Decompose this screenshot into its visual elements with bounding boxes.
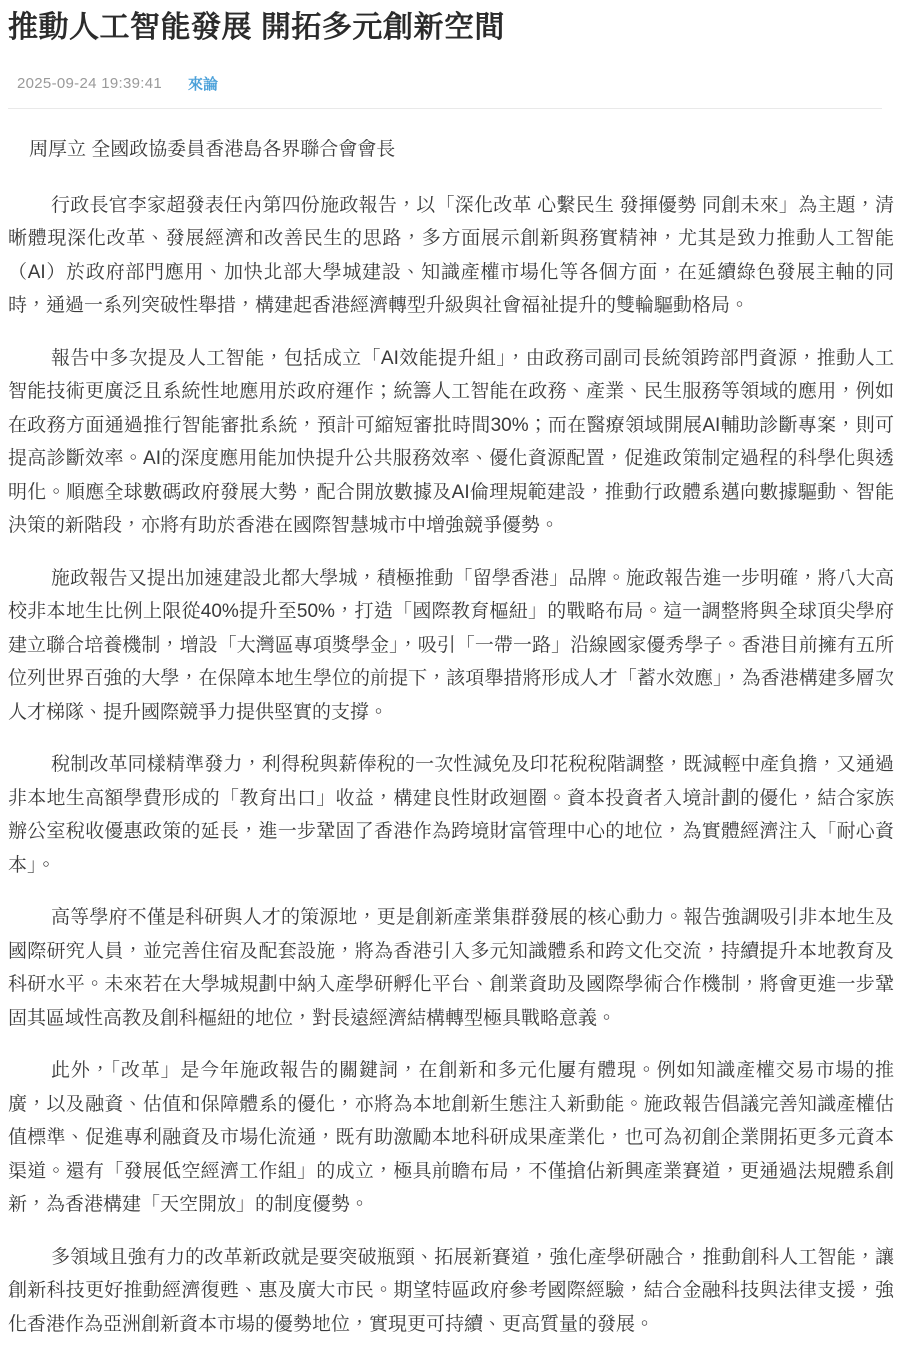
article-page: 推動人工智能發展 開拓多元創新空間 2025-09-24 19:39:41 來論… bbox=[0, 0, 902, 1371]
article-paragraph: 多領域且強有力的改革新政就是要突破瓶頸、拓展新賽道，強化產學研融合，推動創科人工… bbox=[8, 1241, 894, 1342]
article-paragraph: 此外，「改革」是今年施政報告的關鍵詞，在創新和多元化屢有體現。例如知識產權交易市… bbox=[8, 1054, 894, 1222]
article-paragraph: 施政報告又提出加速建設北都大學城，積極推動「留學香港」品牌。施政報告進一步明確，… bbox=[8, 562, 894, 730]
article-meta: 2025-09-24 19:39:41 來論 bbox=[8, 73, 894, 94]
publish-timestamp: 2025-09-24 19:39:41 bbox=[17, 75, 162, 92]
article-paragraph: 稅制改革同樣精準發力，利得稅與薪俸稅的一次性減免及印花稅稅階調整，既減輕中產負擔… bbox=[8, 748, 894, 882]
header-divider bbox=[8, 108, 882, 109]
article-paragraph: 報告中多次提及人工智能，包括成立「AI效能提升組」，由政務司副司長統領跨部門資源… bbox=[8, 342, 894, 543]
author-line: 周厚立 全國政協委員香港島各界聯合會會長 bbox=[8, 133, 894, 167]
article-paragraph: 高等學府不僅是科研與人才的策源地，更是創新產業集群發展的核心動力。報告強調吸引非… bbox=[8, 901, 894, 1035]
page-title: 推動人工智能發展 開拓多元創新空間 bbox=[8, 8, 894, 48]
article-body: 周厚立 全國政協委員香港島各界聯合會會長 行政長官李家超發表任內第四份施政報告，… bbox=[8, 133, 894, 1341]
category-link[interactable]: 來論 bbox=[188, 73, 218, 94]
article-paragraph: 行政長官李家超發表任內第四份施政報告，以「深化改革 心繫民生 發揮優勢 同創未來… bbox=[8, 189, 894, 323]
